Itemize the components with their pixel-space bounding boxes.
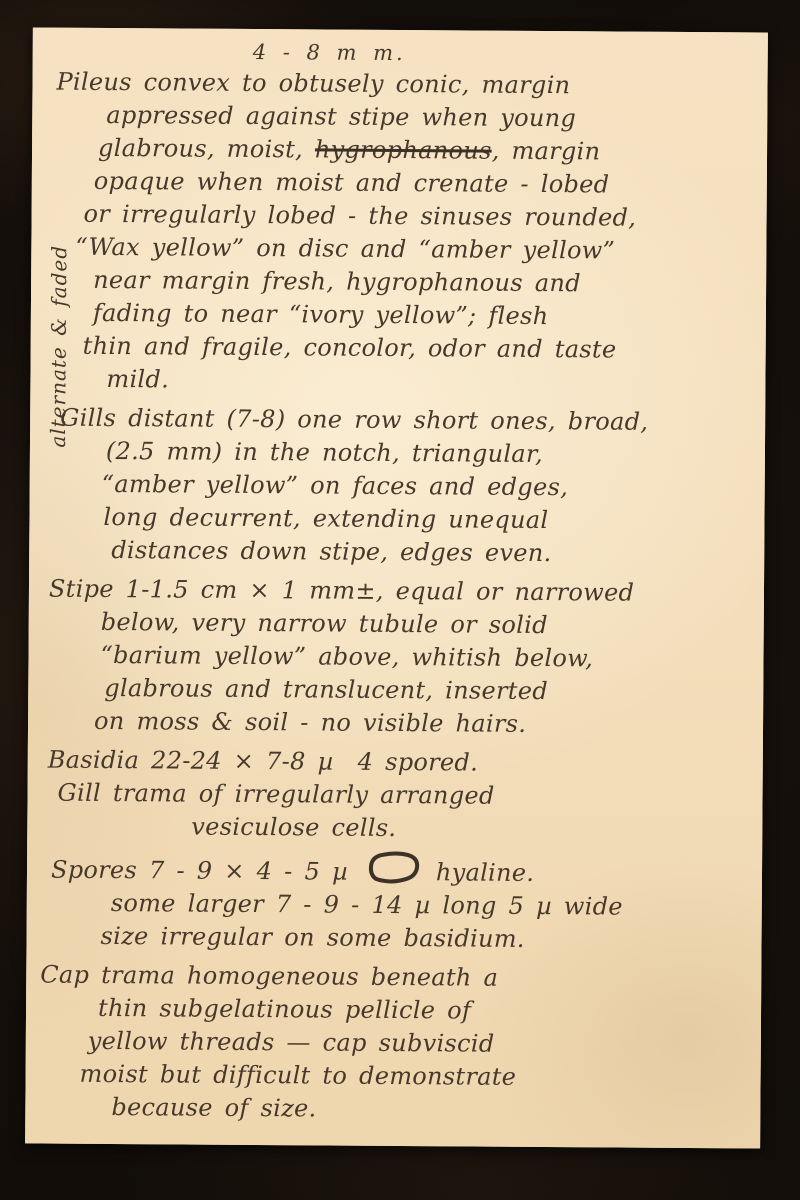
cap-trama-line-2: thin subgelatinous pellicle of xyxy=(98,992,755,1030)
gills-line-1: Gills distant (7-8) one row short ones, … xyxy=(60,402,759,440)
spores-line-2: some larger 7 - 9 - 14 µ long 5 µ wide xyxy=(111,887,756,925)
pileus-line-2: appressed against stipe when young xyxy=(106,99,761,137)
spore-outline-icon xyxy=(366,851,422,887)
pileus-line-4: opaque when moist and crenate - lobed xyxy=(94,165,761,203)
cap-trama-line-4: moist but difficult to demonstrate xyxy=(79,1058,754,1096)
gill-trama-line-2: vesiculose cells. xyxy=(191,811,756,848)
handwritten-notes: 4 - 8 m m. Pileus convex to obtusely con… xyxy=(39,36,762,1129)
pileus-line-3: glabrous, moist, hygrophanous, margin xyxy=(98,132,761,170)
pileus-line-6: “Wax yellow” on disc and “amber yellow” xyxy=(75,231,760,269)
basidia-line: Basidia 22-24 × 7-8 µ 4 spored. xyxy=(48,744,757,782)
pileus-line-5: or irregularly lobed - the sinuses round… xyxy=(83,198,760,236)
pileus-line-3-pre: glabrous, moist, xyxy=(98,134,315,164)
gills-line-3: “amber yellow” on faces and edges, xyxy=(102,468,759,506)
stipe-line-1: Stipe 1-1.5 cm × 1 mm±, equal or narrowe… xyxy=(49,573,758,611)
pileus-line-8: fading to near “ivory yellow”; flesh xyxy=(93,297,760,335)
cap-trama-line-5: because of size. xyxy=(111,1091,754,1128)
stipe-line-2: below, very narrow tubule or solid xyxy=(101,606,758,644)
gills-line-2: (2.5 mm) in the notch, triangular, xyxy=(106,435,759,473)
pileus-line-9: thin and fragile, concolor, odor and tas… xyxy=(83,330,760,368)
cap-trama-line-1: Cap trama homogeneous beneath a xyxy=(40,959,755,997)
struck-word-hygrophanous: hygrophanous xyxy=(315,135,492,164)
spores-line-3: size irregular on some basidium. xyxy=(100,920,755,958)
spores-line-1-pre: Spores 7 - 9 × 4 - 5 µ xyxy=(51,856,348,886)
photo-of-index-card: { "colors": { "photo_background": "#1711… xyxy=(0,0,800,1200)
stipe-line-3: “barium yellow” above, whitish below, xyxy=(100,639,757,677)
pileus-line-10: mild. xyxy=(106,363,759,401)
stipe-line-5: on moss & soil - no visible hairs. xyxy=(94,705,757,743)
pileus-line-7: near margin fresh, hygrophanous and xyxy=(93,264,760,302)
pileus-line-3-post: , margin xyxy=(492,137,601,166)
note-card: alternate & faded 4 - 8 m m. Pileus conv… xyxy=(25,27,768,1148)
spores-line-1-post: hyaline. xyxy=(436,858,535,887)
gills-line-4: long decurrent, extending unequal xyxy=(103,501,758,539)
spores-line-1: Spores 7 - 9 × 4 - 5 µhyaline. xyxy=(51,849,756,892)
stipe-line-4: glabrous and translucent, inserted xyxy=(104,672,757,710)
pileus-size-annotation: 4 - 8 m m. xyxy=(253,37,762,71)
gill-trama-line-1: Gill trama of irregularly arranged xyxy=(57,777,756,815)
cap-trama-line-3: yellow threads — cap subviscid xyxy=(88,1025,755,1063)
gills-line-5: distances down stipe, edges even. xyxy=(111,534,758,572)
pileus-line-1: Pileus convex to obtusely conic, margin xyxy=(56,66,761,104)
